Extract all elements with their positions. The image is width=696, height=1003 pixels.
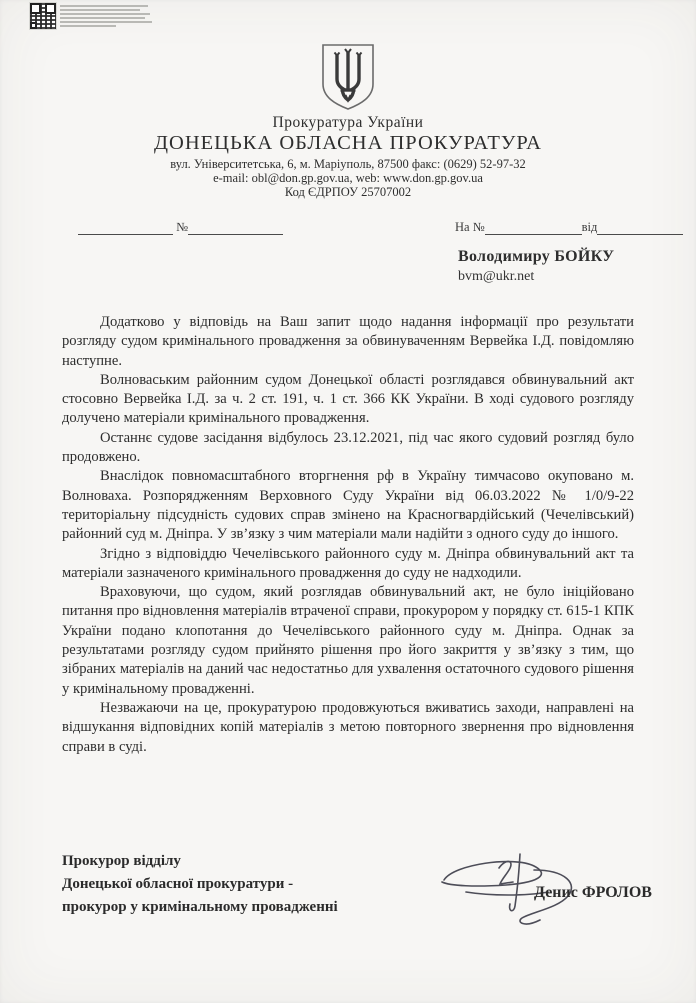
signer-position-line-3: прокурор у кримінальному провадженні <box>62 896 338 919</box>
qr-finder-square <box>30 22 37 29</box>
incoming-reference-line: На №від <box>455 220 683 235</box>
addressee-block: Володимиру БОЙКУ bvm@ukr.net <box>458 248 614 285</box>
org-name: ДОНЕЦЬКА ОБЛАСНА ПРОКУРАТУРА <box>0 132 696 155</box>
scanned-letter-page: Прокуратура України ДОНЕЦЬКА ОБЛАСНА ПРО… <box>0 0 696 1003</box>
signer-position-block: Прокурор відділу Донецької обласної прок… <box>62 850 338 919</box>
number-blank-line <box>188 223 283 235</box>
number-sign-label: № <box>176 220 188 234</box>
reply-to-label: На № <box>455 220 485 234</box>
org-parent-name: Прокуратура України <box>0 114 696 132</box>
from-date-blank-line <box>597 223 683 235</box>
reply-number-blank-line <box>485 223 582 235</box>
date-blank-line <box>78 223 173 235</box>
paragraph-5: Згідно з відповіддю Чечелівського районн… <box>62 545 634 584</box>
stamp-fine-print <box>60 5 152 29</box>
signer-name: Денис ФРОЛОВ <box>534 884 652 902</box>
org-edrpou-code: Код ЄДРПОУ 25707002 <box>0 185 696 200</box>
paragraph-7: Незважаючи на це, прокуратурою продовжую… <box>62 699 634 757</box>
org-address: вул. Університетська, 6, м. Маріуполь, 8… <box>0 157 696 172</box>
letter-body: Додатково у відповідь на Ваш запит щодо … <box>62 313 634 757</box>
paragraph-3: Останнє судове засідання відбулось 23.12… <box>62 429 634 468</box>
ukraine-trident-emblem <box>316 42 380 117</box>
signer-position-line-1: Прокурор відділу <box>62 850 338 873</box>
paragraph-4: Внаслідок повномасштабного вторгнення рф… <box>62 467 634 544</box>
addressee-name: Володимиру БОЙКУ <box>458 248 614 266</box>
paragraph-6: Враховуючи, що судом, який розглядав обв… <box>62 583 634 699</box>
signer-position-line-2: Донецької обласної прокуратури - <box>62 873 338 896</box>
paragraph-1: Додатково у відповідь на Ваш запит щодо … <box>62 313 634 371</box>
outgoing-reference-line: № <box>78 220 283 235</box>
org-contacts: e-mail: obl@don.gp.gov.ua, web: www.don.… <box>0 171 696 186</box>
qr-code <box>30 3 56 29</box>
paragraph-2: Волноваським районним судом Донецької об… <box>62 371 634 429</box>
addressee-email: bvm@ukr.net <box>458 269 614 285</box>
from-date-label: від <box>582 220 598 234</box>
